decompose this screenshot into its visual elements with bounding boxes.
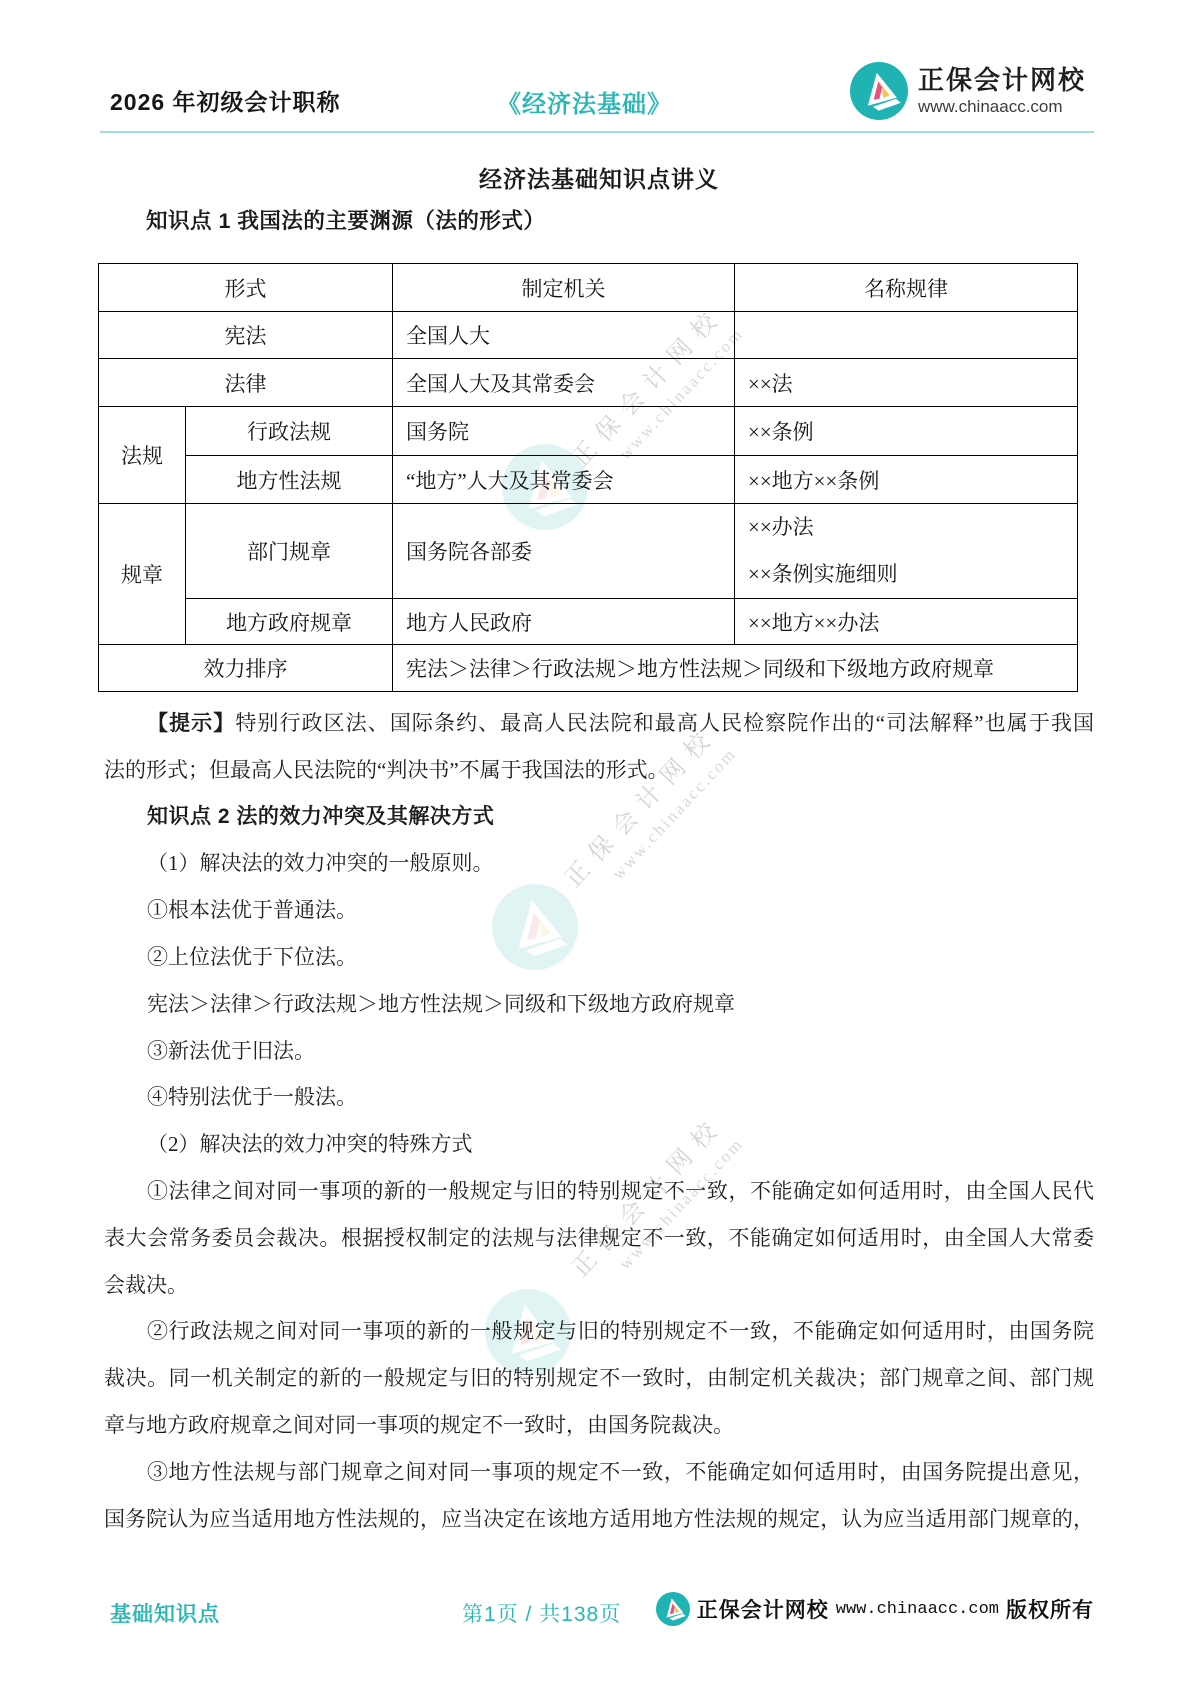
col-header-organ: 制定机关 bbox=[393, 264, 735, 312]
cell-name bbox=[735, 312, 1078, 359]
cell-name: ××条例 bbox=[735, 407, 1078, 456]
document-page: 正保会计网校 www.chinaacc.com 正保会计网校 www.china… bbox=[0, 0, 1190, 1683]
brand-site: www.chinaacc.com bbox=[918, 96, 1086, 117]
body-line: 宪法＞法律＞行政法规＞地方性法规＞同级和下级地方政府规章 bbox=[104, 981, 1094, 1028]
footer-site: www.chinaacc.com bbox=[836, 1600, 999, 1619]
table-row: 地方性法规 “地方”人大及其常委会 ××地方××条例 bbox=[99, 456, 1078, 504]
body-text: 【提示】特别行政区法、国际条约、最高人民法院和最高人民检察院作出的“司法解释”也… bbox=[104, 700, 1094, 1542]
footer-rights: 版权所有 bbox=[1006, 1594, 1094, 1624]
cell-form: 地方政府规章 bbox=[186, 599, 393, 645]
chinaacc-logo-icon bbox=[850, 62, 908, 120]
cell-form: 行政法规 bbox=[186, 407, 393, 456]
body-line: 表大会常务委员会裁决。根据授权制定的法规与法律规定不一致，不能确定如何适用时，由… bbox=[104, 1215, 1094, 1262]
body-line: 【提示】特别行政区法、国际条约、最高人民法院和最高人民检察院作出的“司法解释”也… bbox=[104, 700, 1094, 747]
footer-brand: 正保会计网校 bbox=[697, 1594, 829, 1624]
header-exam-title: 2026 年初级会计职称 bbox=[110, 84, 341, 117]
cell-name: ××办法 ××条例实施细则 bbox=[735, 504, 1078, 599]
document-title: 经济法基础知识点讲义 bbox=[104, 161, 1094, 194]
body-line: ③新法优于旧法。 bbox=[104, 1028, 1094, 1075]
cell-form: 法律 bbox=[99, 359, 393, 407]
cell-organ: 全国人大 bbox=[393, 312, 735, 359]
body-line: ①法律之间对同一事项的新的一般规定与旧的特别规定不一致，不能确定如何适用时，由全… bbox=[104, 1168, 1094, 1215]
table-row: 法规 行政法规 国务院 ××条例 bbox=[99, 407, 1078, 456]
group-label-fagui: 法规 bbox=[99, 407, 186, 504]
body-line: （1）解决法的效力冲突的一般原则。 bbox=[104, 840, 1094, 887]
cell-form: 地方性法规 bbox=[186, 456, 393, 504]
group-label-guizhang: 规章 bbox=[99, 504, 186, 645]
footer-section-label: 基础知识点 bbox=[110, 1598, 220, 1628]
cell-organ: 全国人大及其常委会 bbox=[393, 359, 735, 407]
cell-name: ××地方××办法 bbox=[735, 599, 1078, 645]
cell-name: ××法 bbox=[735, 359, 1078, 407]
cell-form: 宪法 bbox=[99, 312, 393, 359]
footer-page-indicator: 第1页 / 共138页 bbox=[462, 1598, 621, 1628]
header-brand-logo: 正保会计网校 www.chinaacc.com bbox=[850, 62, 1086, 120]
body-line: ④特别法优于一般法。 bbox=[104, 1074, 1094, 1121]
body-line: 章与地方政府规章之间对同一事项的规定不一致时，由国务院裁决。 bbox=[104, 1402, 1094, 1449]
table-row: 效力排序 宪法＞法律＞行政法规＞地方性法规＞同级和下级地方政府规章 bbox=[99, 645, 1078, 692]
cell-rank-label: 效力排序 bbox=[99, 645, 393, 692]
body-line: ①根本法优于普通法。 bbox=[104, 887, 1094, 934]
cell-organ: 国务院各部委 bbox=[393, 504, 735, 599]
cell-rank-value: 宪法＞法律＞行政法规＞地方性法规＞同级和下级地方政府规章 bbox=[393, 645, 1078, 692]
body-line: ③地方性法规与部门规章之间对同一事项的规定不一致，不能确定如何适用时，由国务院提… bbox=[104, 1449, 1094, 1496]
col-header-name: 名称规律 bbox=[735, 264, 1078, 312]
body-line: 会裁决。 bbox=[104, 1262, 1094, 1309]
table-row: 形式 制定机关 名称规律 bbox=[99, 264, 1078, 312]
law-sources-table: 形式 制定机关 名称规律 宪法 全国人大 法律 全国人大及其常委会 ××法 法规… bbox=[98, 263, 1078, 692]
table-row: 法律 全国人大及其常委会 ××法 bbox=[99, 359, 1078, 407]
body-line: 国务院认为应当适用地方性法规的，应当决定在该地方适用地方性法规的规定，认为应当适… bbox=[104, 1496, 1094, 1543]
cell-name: ××地方××条例 bbox=[735, 456, 1078, 504]
cell-organ: 国务院 bbox=[393, 407, 735, 456]
body-line: ②行政法规之间对同一事项的新的一般规定与旧的特别规定不一致，不能确定如何适用时，… bbox=[104, 1308, 1094, 1355]
table-row: 宪法 全国人大 bbox=[99, 312, 1078, 359]
body-line: 法的形式；但最高人民法院的“判决书”不属于我国法的形式。 bbox=[104, 747, 1094, 794]
col-header-form: 形式 bbox=[99, 264, 393, 312]
header-divider bbox=[100, 131, 1094, 133]
header-subject-title: 《经济法基础》 bbox=[497, 84, 672, 119]
cell-organ: “地方”人大及其常委会 bbox=[393, 456, 735, 504]
cell-form: 部门规章 bbox=[186, 504, 393, 599]
table-row: 地方政府规章 地方人民政府 ××地方××办法 bbox=[99, 599, 1078, 645]
cell-organ: 地方人民政府 bbox=[393, 599, 735, 645]
body-line: ②上位法优于下位法。 bbox=[104, 934, 1094, 981]
body-line: 裁决。同一机关制定的新的一般规定与旧的特别规定不一致时，由制定机关裁决；部门规章… bbox=[104, 1355, 1094, 1402]
section1-heading: 知识点 1 我国法的主要渊源（法的形式） bbox=[146, 204, 545, 235]
brand-name: 正保会计网校 bbox=[918, 66, 1086, 96]
chinaacc-logo-icon bbox=[656, 1592, 690, 1626]
body-line: （2）解决法的效力冲突的特殊方式 bbox=[104, 1121, 1094, 1168]
body-line: 知识点 2 法的效力冲突及其解决方式 bbox=[104, 794, 1094, 841]
table-row: 规章 部门规章 国务院各部委 ××办法 ××条例实施细则 bbox=[99, 504, 1078, 599]
footer-copyright: 正保会计网校 www.chinaacc.com 版权所有 bbox=[656, 1592, 1094, 1626]
footer: 基础知识点 第1页 / 共138页 正保会计网校 www.chinaacc.co… bbox=[0, 1590, 1190, 1634]
